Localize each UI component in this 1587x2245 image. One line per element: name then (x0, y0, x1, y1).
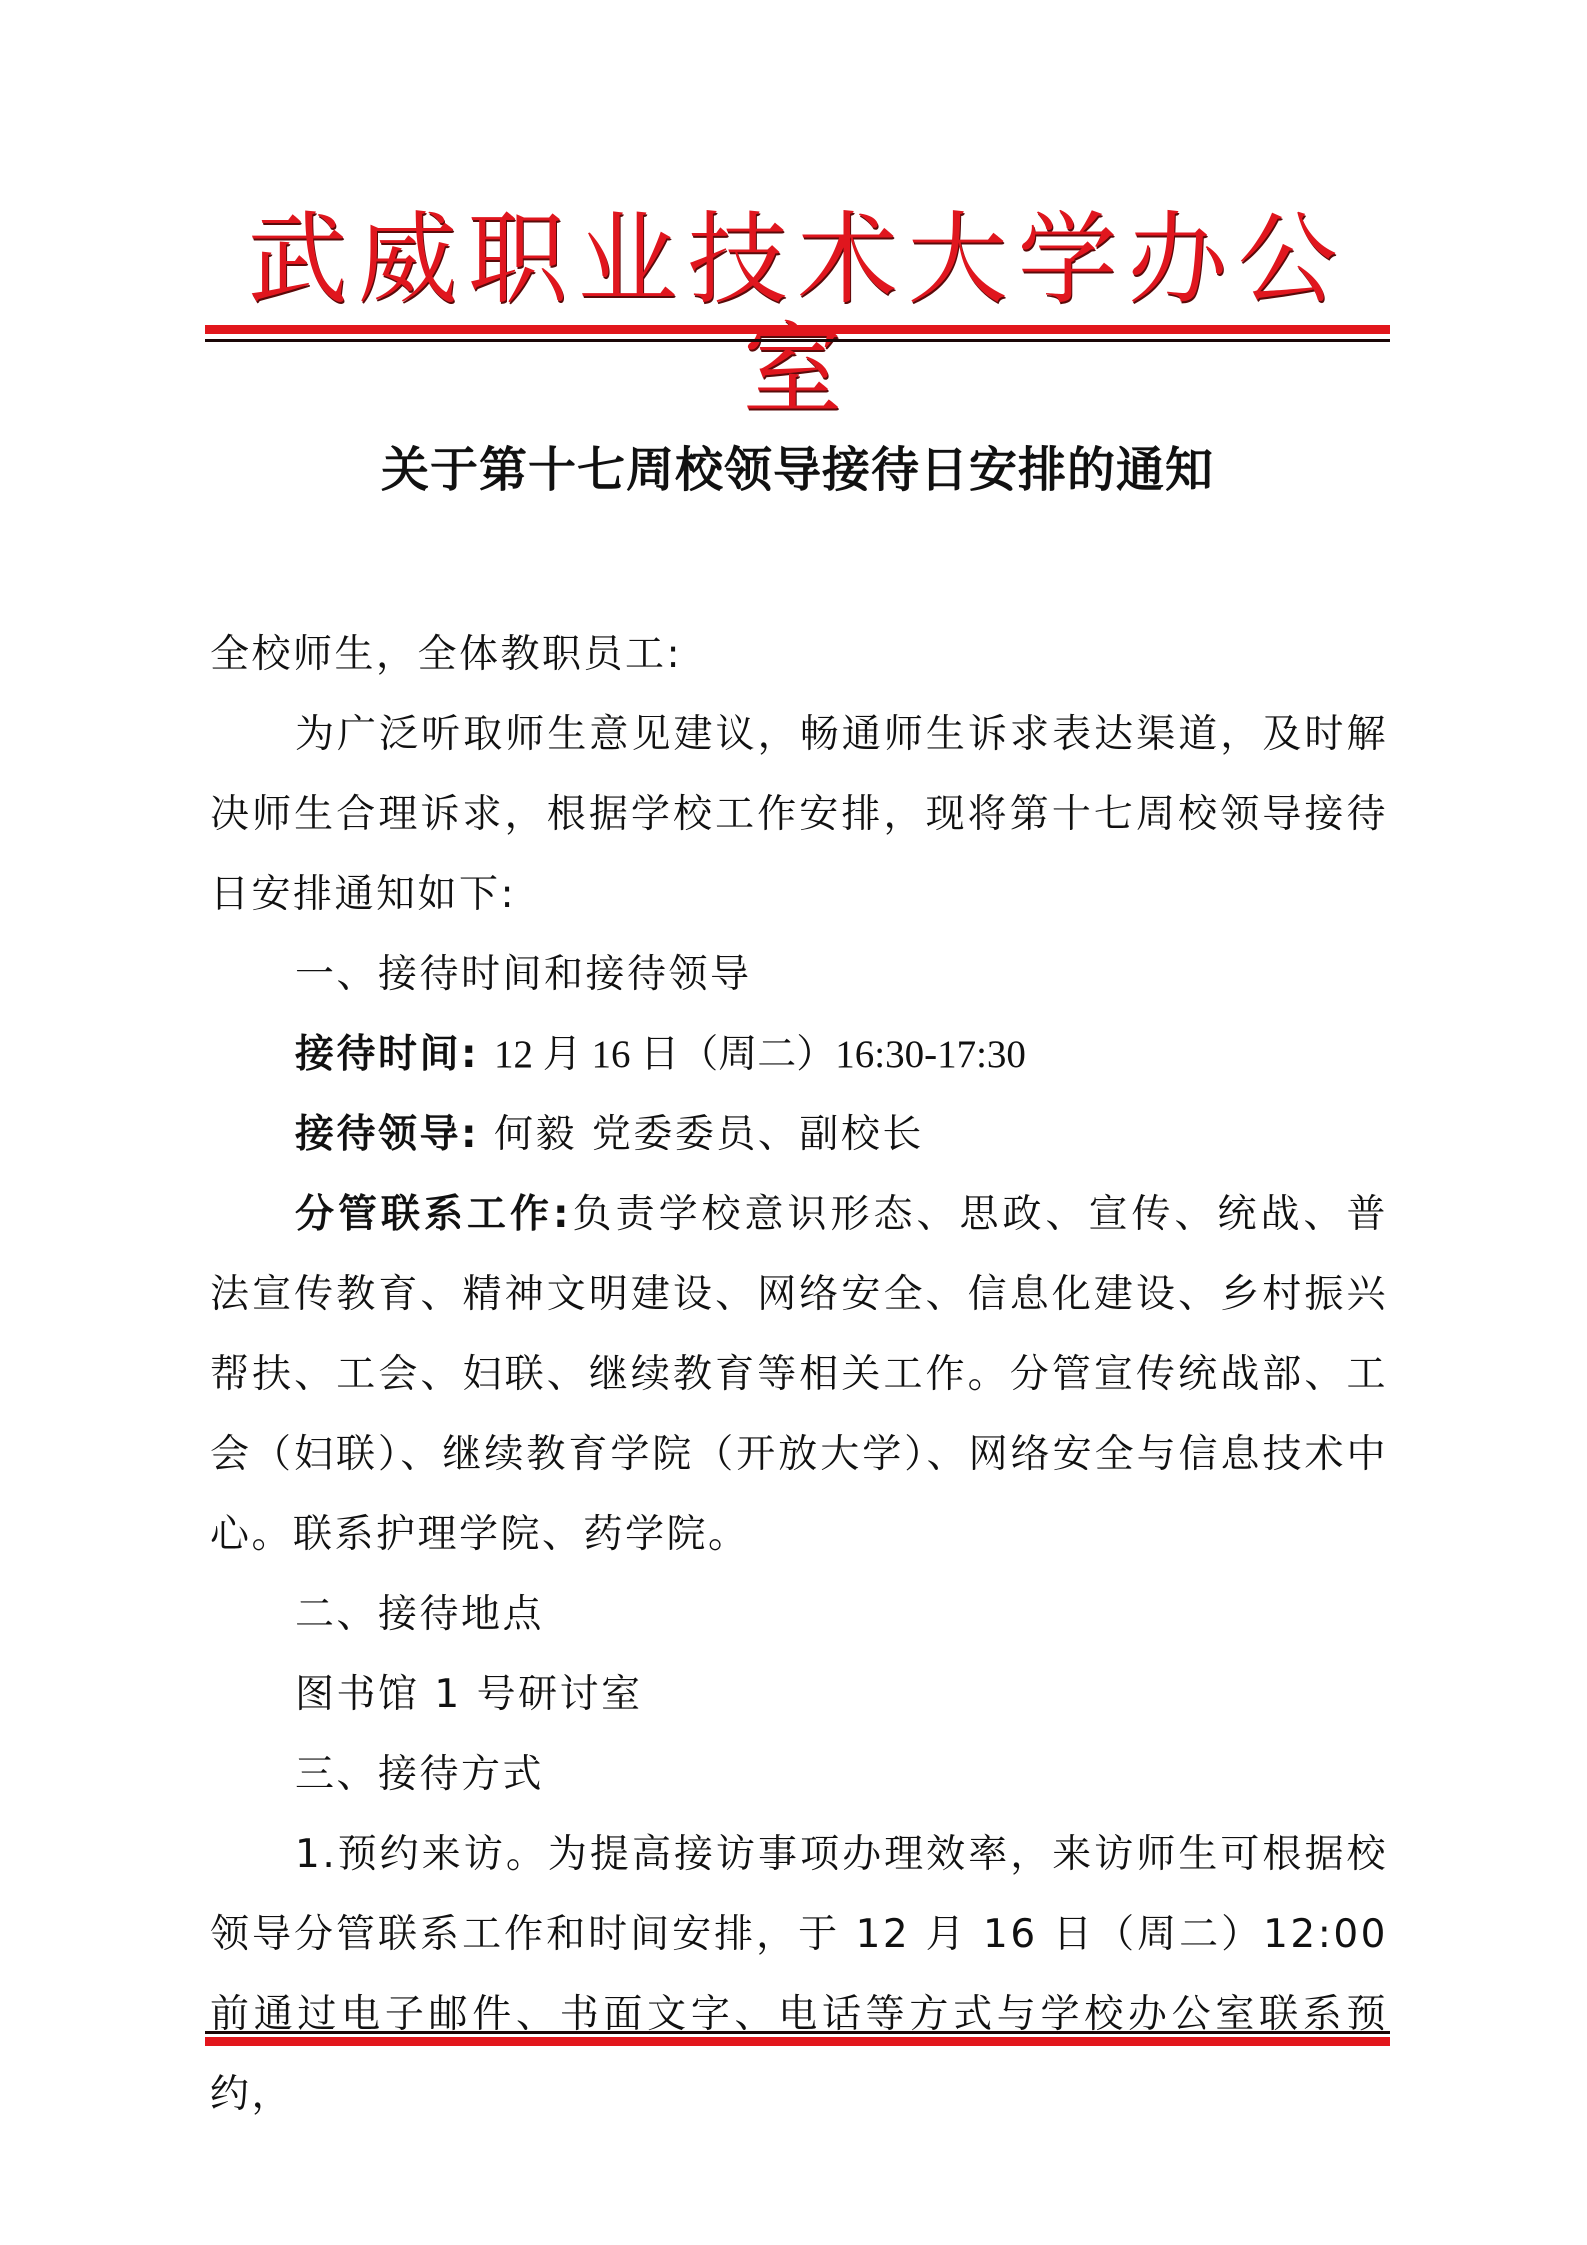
reception-leader-row: 接待领导: 何毅 党委委员、副校长 (210, 1095, 1388, 1175)
reception-time-value: 12 月 16 日（周二）16:30-17:30 (494, 1033, 1026, 1076)
footer-dark-rule (205, 2031, 1390, 2034)
responsibilities-row: 分管联系工作:负责学校意识形态、思政、宣传、统战、普法宣传教育、精神文明建设、网… (210, 1175, 1388, 1575)
footer-red-rule (205, 2037, 1390, 2046)
intro-paragraph: 为广泛听取师生意见建议，畅通师生诉求表达渠道，及时解决师生合理诉求，根据学校工作… (210, 695, 1388, 935)
document-body: 全校师生，全体教职员工: 为广泛听取师生意见建议，畅通师生诉求表达渠道，及时解决… (210, 615, 1388, 2135)
section-3-heading: 三、接待方式 (210, 1735, 1388, 1815)
masthead-red-rule (205, 325, 1390, 334)
masthead-dark-rule (205, 339, 1390, 342)
masthead-org-name: 武威职业技术大学办公室 (205, 205, 1390, 315)
reception-leader-value: 何毅 党委委员、副校长 (494, 1112, 924, 1157)
reception-time-label: 接待时间: (295, 1032, 479, 1077)
salutation: 全校师生，全体教职员工: (210, 615, 1388, 695)
reception-location: 图书馆 1 号研讨室 (210, 1655, 1388, 1735)
responsibilities-label: 分管联系工作: (295, 1192, 571, 1237)
section-1-heading: 一、接待时间和接待领导 (210, 935, 1388, 1015)
appointment-paragraph: 1.预约来访。为提高接访事项办理效率，来访师生可根据校领导分管联系工作和时间安排… (210, 1815, 1388, 2135)
reception-time-row: 接待时间: 12 月 16 日（周二）16:30-17:30 (210, 1015, 1388, 1095)
reception-leader-label: 接待领导: (295, 1112, 479, 1157)
document-title: 关于第十七周校领导接待日安排的通知 (205, 440, 1390, 500)
document-page: 武威职业技术大学办公室 关于第十七周校领导接待日安排的通知 全校师生，全体教职员… (0, 0, 1587, 2245)
responsibilities-value: 负责学校意识形态、思政、宣传、统战、普法宣传教育、精神文明建设、网络安全、信息化… (210, 1192, 1388, 1557)
section-2-heading: 二、接待地点 (210, 1575, 1388, 1655)
